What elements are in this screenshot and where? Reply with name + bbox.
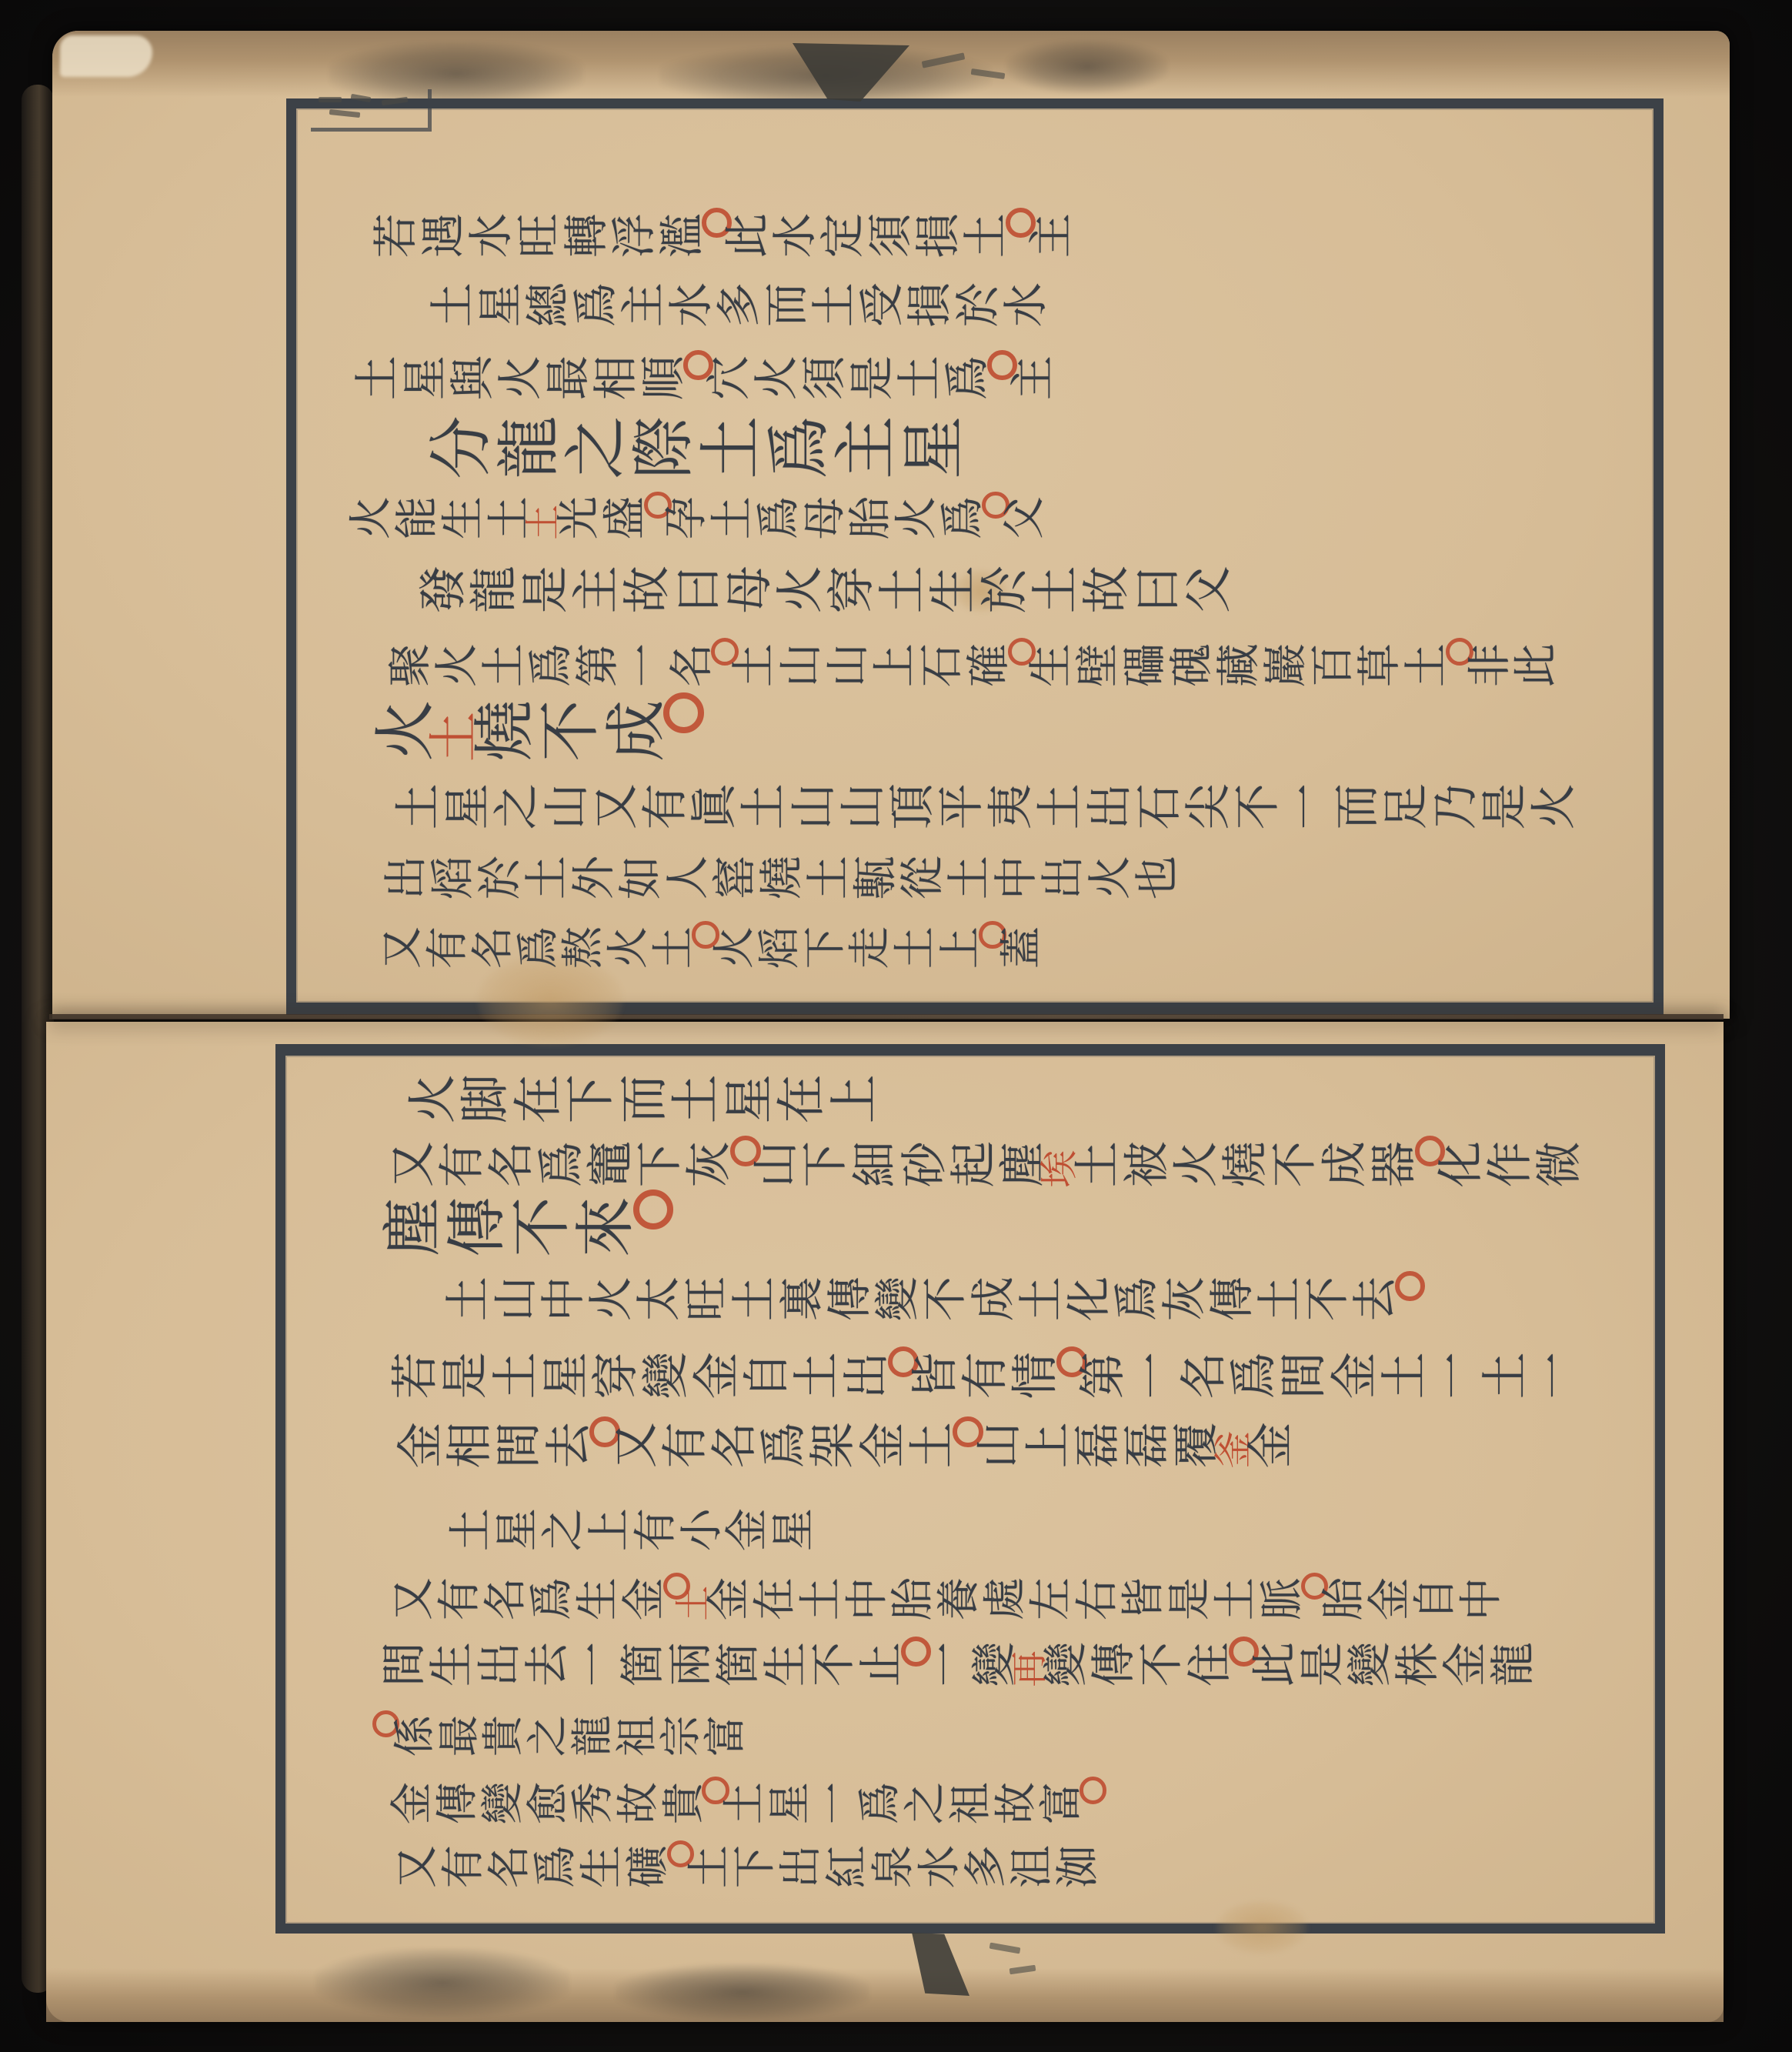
char: 爲	[761, 1422, 809, 1468]
char: 爲	[858, 1782, 902, 1824]
char: 火	[712, 926, 756, 969]
char: 爲	[530, 1577, 575, 1620]
char: 金	[622, 1577, 666, 1620]
char: 礧	[1123, 643, 1168, 687]
char: 不	[1305, 1276, 1351, 1321]
text-column: 土山中火太旺土裏傳變不成土化爲灰傳土不去	[446, 1276, 1418, 1322]
char: 生	[1029, 643, 1074, 687]
char: 金	[1443, 1642, 1489, 1687]
text-column: 發龍是主故曰母火穿土生於土故曰父	[419, 565, 1236, 614]
char: 上	[939, 926, 983, 969]
char: 燒	[759, 856, 805, 899]
char: 爲	[538, 1141, 586, 1187]
char: 有	[662, 1422, 710, 1468]
text-column: 若是土星穿變金自土出皆有情第一名爲間金土一土一	[392, 1351, 1583, 1400]
fold-crease	[49, 1014, 1724, 1019]
char: 穴	[706, 355, 753, 400]
char: 變	[1043, 1642, 1090, 1687]
char: 火	[1531, 783, 1579, 829]
char: 土	[1257, 1276, 1303, 1321]
char: 山	[976, 1422, 1023, 1468]
char: 有	[439, 1141, 487, 1187]
char: 熖	[758, 926, 802, 969]
char: 有	[438, 1577, 482, 1620]
char: 兩	[668, 1642, 714, 1687]
char: 傳	[827, 1276, 873, 1321]
char: 爲	[573, 282, 619, 327]
char: 金	[398, 1422, 445, 1468]
char: 秀	[571, 1782, 615, 1824]
char: 中	[1460, 1577, 1504, 1620]
char: 壁	[1076, 643, 1121, 687]
char: 出	[384, 856, 429, 899]
char: 第	[1080, 1353, 1128, 1400]
char: 出	[779, 1845, 824, 1888]
char: 止	[859, 1642, 905, 1687]
char: 星	[445, 783, 492, 829]
text-column: 塵傳不來	[385, 1196, 665, 1258]
char: 爲	[1230, 1353, 1279, 1400]
char: 若	[373, 213, 419, 258]
char: 右	[1076, 1577, 1120, 1620]
char: 水	[469, 213, 515, 258]
char: 土	[812, 282, 858, 327]
char: 於	[955, 282, 1001, 327]
char: 爲	[767, 416, 833, 479]
char: 塵	[383, 1197, 445, 1257]
char: 土	[1481, 1353, 1530, 1400]
char: 水	[669, 282, 715, 327]
char: 作	[1487, 1141, 1535, 1187]
char: 是	[520, 566, 569, 613]
char: 浮	[612, 213, 658, 258]
char: 受	[859, 282, 906, 327]
char: 上	[1026, 1422, 1073, 1468]
char: 土	[722, 1782, 766, 1824]
char: 土	[445, 1276, 492, 1321]
char: 金	[726, 1508, 770, 1551]
char: 來	[576, 1197, 639, 1257]
char: 土	[1074, 1141, 1122, 1187]
char: 一	[813, 1782, 856, 1824]
char: 光	[557, 496, 602, 539]
char: 傳	[448, 1197, 510, 1257]
char: 又	[390, 1141, 438, 1187]
char: 火	[754, 355, 800, 400]
char: 是	[1300, 1642, 1346, 1687]
text-column: 火能生土土光盛孕土爲母胎火爲父	[350, 495, 1050, 540]
char: 名	[484, 1577, 529, 1620]
text-column: 分龍之際土爲主星	[431, 415, 971, 480]
char: 土	[732, 643, 777, 687]
char: 間	[496, 1422, 544, 1468]
char: 星	[768, 1782, 812, 1824]
margin-smudge	[616, 1964, 869, 2020]
text-column: 金傳變愈秀故貴土星一爲之祖故富	[391, 1781, 1101, 1825]
char: 相	[593, 355, 639, 400]
char: 石	[919, 643, 965, 687]
char: 之	[565, 416, 630, 479]
char: 星	[772, 1508, 816, 1551]
char: 土	[482, 643, 527, 687]
char: 山	[790, 783, 838, 829]
char: 箇	[716, 1642, 762, 1687]
char: 胎	[1322, 1577, 1367, 1620]
char: 名	[489, 1141, 536, 1187]
char: 生	[576, 1577, 621, 1620]
reading-circle	[1080, 1777, 1106, 1803]
char: 不	[811, 1642, 857, 1687]
char: 傳	[1091, 1642, 1137, 1687]
char: 去	[1353, 1276, 1399, 1321]
char: 窰	[712, 856, 758, 899]
char: 土	[355, 355, 401, 400]
char: 皆	[911, 1353, 959, 1400]
char: 土	[1037, 783, 1085, 829]
char: 熖	[431, 856, 476, 899]
char: 有	[962, 1353, 1010, 1400]
char: 尖	[1186, 783, 1233, 829]
char: 下	[803, 926, 846, 969]
char: 石	[1136, 783, 1184, 829]
char: 主	[835, 416, 900, 479]
char: 是	[1482, 783, 1530, 829]
char: 株	[1395, 1642, 1441, 1687]
char: 宗	[659, 1715, 702, 1757]
page-corner-curl	[60, 35, 152, 77]
char: 不	[539, 700, 603, 762]
char: 山	[543, 783, 591, 829]
char: 胎	[891, 1577, 936, 1620]
text-column: 又有名爲竈下灰山下細砂起塵埃土被火燒不成器化作微	[391, 1140, 1587, 1188]
char: 土	[525, 856, 570, 899]
char: 足	[1383, 783, 1431, 829]
char: 生	[763, 1642, 809, 1687]
char: 下	[803, 1141, 850, 1187]
char: 祖	[949, 1782, 993, 1824]
char: 母	[725, 566, 774, 613]
char: 富	[704, 1715, 747, 1757]
char: 穿	[592, 1353, 641, 1400]
char: 上	[830, 1074, 882, 1123]
char: 起	[951, 1141, 999, 1187]
char: 富	[1039, 1782, 1083, 1824]
char: 名	[488, 1845, 532, 1888]
char: 又	[380, 926, 424, 969]
char: 平	[939, 783, 986, 829]
char: 不	[1272, 1141, 1320, 1187]
char: 土	[1404, 643, 1450, 687]
char: 金	[707, 1577, 752, 1620]
char: 星	[478, 282, 524, 327]
char: 細	[852, 1141, 899, 1187]
char: 自	[743, 1353, 792, 1400]
char: 龍	[497, 416, 562, 479]
char: 土	[687, 1845, 732, 1888]
char: 若	[392, 1353, 440, 1400]
text-column: 土星之山又有眞土山山頂平夷土出石尖不一而足乃是火	[396, 782, 1582, 830]
char: 沮	[1010, 1845, 1055, 1888]
char: 龍	[571, 1715, 614, 1757]
char: 山	[779, 643, 824, 687]
char: 山	[839, 783, 887, 829]
char: 微	[1537, 1141, 1584, 1187]
char: 火	[1173, 1141, 1221, 1187]
char: 順	[641, 355, 687, 400]
char: 土	[963, 213, 1009, 258]
char: 脈	[1260, 1577, 1305, 1620]
char: 最	[437, 1715, 480, 1757]
char: 小	[679, 1508, 724, 1551]
char: 爲	[529, 643, 574, 687]
char: 山	[753, 1141, 801, 1187]
char: 父	[1003, 496, 1047, 539]
char: 土	[947, 856, 993, 899]
char: 而	[620, 1074, 672, 1123]
char: 確	[966, 643, 1012, 687]
char: 土	[449, 1508, 494, 1551]
char: 火	[606, 926, 650, 969]
char: 貴	[662, 1782, 706, 1824]
char: 土	[741, 783, 789, 829]
char: 貴	[482, 1715, 525, 1757]
char: 火	[895, 496, 939, 539]
char: 山	[493, 1276, 539, 1321]
char: 變	[1347, 1642, 1393, 1687]
text-column: 土星之上有小金星	[450, 1507, 819, 1552]
char: 愈	[526, 1782, 569, 1824]
text-column: 土星與火最相順穴火須是土爲主	[355, 355, 1059, 401]
char: 如	[619, 856, 664, 899]
text-column: 金相間去又有名爲架金土山上磊磊覆釜金	[399, 1421, 1298, 1469]
char: 成	[1321, 1141, 1369, 1187]
char: 而	[1333, 783, 1381, 829]
reading-circle	[1395, 1271, 1425, 1301]
char: 火	[409, 1074, 461, 1123]
char: 自	[1413, 1577, 1458, 1620]
char: 夷	[988, 783, 1036, 829]
char: 左	[1029, 1577, 1074, 1620]
char: 百	[1310, 643, 1356, 687]
char: 砂	[901, 1141, 949, 1187]
char: 生	[580, 1845, 625, 1888]
char: 母	[803, 496, 847, 539]
char: 不	[1139, 1642, 1185, 1687]
char: 變	[642, 1353, 691, 1400]
char: 盛	[603, 496, 648, 539]
char: 是	[849, 355, 896, 400]
char: 也	[1135, 856, 1180, 899]
reading-circle	[663, 692, 704, 733]
char: 架	[810, 1422, 858, 1468]
char: 燒	[473, 700, 537, 762]
char: 住	[1186, 1642, 1233, 1687]
char: 從	[900, 856, 946, 899]
char: 主	[1028, 213, 1074, 258]
char: 之	[903, 1782, 947, 1824]
text-column: 出熖於土外如人窰燒土甎從土中出火也	[385, 855, 1183, 900]
char: 父	[1184, 566, 1233, 613]
char: 第	[576, 643, 621, 687]
char: 被	[1124, 1141, 1172, 1187]
char: 去	[546, 1422, 593, 1468]
char: 金	[859, 1422, 907, 1468]
char: 故	[616, 1782, 660, 1824]
char: 情	[1012, 1353, 1060, 1400]
char: 金	[1367, 1577, 1412, 1620]
char: 之	[542, 1508, 586, 1551]
char: 太	[636, 1276, 682, 1321]
char: 是	[1168, 1577, 1213, 1620]
char: 土	[897, 355, 943, 400]
char: 竈	[588, 1141, 636, 1187]
char: 又	[392, 1577, 436, 1620]
char: 土	[793, 1353, 842, 1400]
char: 火	[435, 643, 480, 687]
char: 燒	[1223, 1141, 1270, 1187]
char: 中	[541, 1276, 587, 1321]
char: 相	[447, 1422, 495, 1468]
char: 土	[1031, 566, 1080, 613]
char: 爲	[945, 355, 991, 400]
char: 土	[893, 926, 937, 969]
char: 甎	[853, 856, 899, 899]
char: 裏	[779, 1276, 826, 1321]
char: 是	[442, 1353, 490, 1400]
char: 上	[873, 643, 918, 687]
char: 係	[393, 1715, 436, 1757]
char: 火	[1088, 856, 1133, 899]
char: 出	[1041, 856, 1086, 899]
char: 一	[572, 1642, 619, 1687]
margin-smudge	[1006, 40, 1168, 94]
char: 又	[395, 1845, 440, 1888]
char: 星	[402, 355, 449, 400]
char: 火	[776, 566, 825, 613]
char: 土	[1381, 1353, 1430, 1400]
text-column: 土星總爲主水多而土受損於水	[431, 282, 1052, 328]
char: 在	[515, 1074, 566, 1123]
char: 磈	[1170, 643, 1215, 687]
char: 非	[1467, 643, 1512, 687]
paper-stain	[1216, 1900, 1308, 1954]
char: 轉	[564, 213, 610, 258]
char: 遇	[421, 213, 467, 258]
char: 一	[622, 643, 668, 687]
char: 名	[669, 643, 715, 687]
char: 眞	[692, 783, 739, 829]
char: 外	[572, 856, 617, 899]
text-column: 又有名爲生礦土下出紅泉水多沮洳	[396, 1844, 1103, 1889]
char: 爲	[1114, 1276, 1160, 1321]
char: 皆	[1122, 1577, 1166, 1620]
text-column: 又有名爲生金土金在土中胎養處左右皆是土脈胎金自中	[392, 1577, 1507, 1621]
char: 一	[1431, 1353, 1480, 1400]
char: 龍	[1490, 1642, 1537, 1687]
char: 龍	[469, 566, 519, 613]
text-column: 又有名爲熬火土火熖下走土上蓋	[381, 926, 1046, 969]
char: 此	[725, 213, 771, 258]
char: 出	[1086, 783, 1134, 829]
char: 生	[442, 496, 486, 539]
char: 爲	[941, 496, 986, 539]
char: 中	[994, 856, 1039, 899]
char: 故	[1082, 566, 1131, 613]
char: 又	[612, 1422, 660, 1468]
char: 穿	[826, 566, 876, 613]
char: 上	[588, 1508, 632, 1551]
char: 成	[605, 700, 669, 762]
char: 此	[1513, 643, 1559, 687]
char: 最	[546, 355, 592, 400]
char: 在	[778, 1074, 829, 1123]
char: 火	[589, 1276, 635, 1321]
char: 不	[512, 1197, 574, 1257]
char: 磊	[1075, 1422, 1123, 1468]
char: 際	[632, 416, 698, 479]
char: 金	[390, 1782, 434, 1824]
text-column: 火土燒不成	[375, 699, 696, 762]
char: 主	[621, 282, 667, 327]
char: 胎	[849, 496, 893, 539]
char: 變	[875, 1276, 921, 1321]
char: 損	[907, 282, 953, 327]
char: 生	[929, 566, 978, 613]
char: 洳	[1056, 1845, 1101, 1888]
char: 出	[843, 1353, 892, 1400]
char: 名	[712, 1422, 759, 1468]
char: 有	[634, 1508, 679, 1551]
char: 金	[1331, 1353, 1380, 1400]
char: 間	[382, 1642, 428, 1687]
char: 名	[471, 926, 515, 969]
char: 主	[1009, 355, 1056, 400]
char: 土	[878, 566, 927, 613]
char: 變	[481, 1782, 525, 1824]
char: 多	[716, 282, 763, 327]
char: 金	[1248, 1422, 1296, 1468]
char: 能	[395, 496, 440, 539]
char: 頂	[889, 783, 937, 829]
char: 灰	[1162, 1276, 1208, 1321]
char: 多	[964, 1845, 1009, 1888]
char: 旺	[684, 1276, 730, 1321]
char: 磊	[1124, 1422, 1172, 1468]
fore-edge-band	[46, 1968, 1724, 2022]
char: 出	[477, 1642, 523, 1687]
char: 分	[429, 416, 495, 479]
char: 水	[1003, 282, 1049, 327]
char: 土	[652, 926, 696, 969]
char: 山	[826, 643, 871, 687]
char: 星	[726, 1074, 777, 1123]
char: 火	[498, 355, 544, 400]
char: 於	[979, 566, 1029, 613]
char: 土	[799, 1577, 843, 1620]
char: 須	[868, 213, 914, 258]
char: 名	[1180, 1353, 1229, 1400]
text-column: 聚火土爲第一名土山山上石確生壁礧磈藏巖百草土非此	[389, 642, 1561, 688]
char: 之	[526, 1715, 569, 1757]
char: 化	[1438, 1141, 1486, 1187]
char: 總	[526, 282, 572, 327]
char: 定	[820, 213, 866, 258]
char: 火	[349, 496, 394, 539]
char: 間	[1280, 1353, 1329, 1400]
char: 熬	[561, 926, 605, 969]
char: 金	[692, 1353, 741, 1400]
char: 主	[572, 566, 621, 613]
